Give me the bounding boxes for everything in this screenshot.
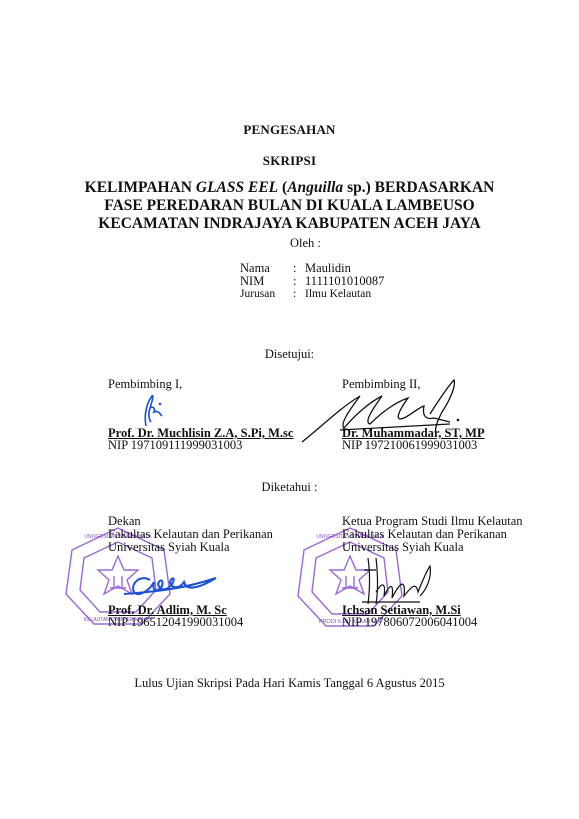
by-label: Oleh : [290,236,321,251]
official-1-nip: NIP 196512041990031004 [108,615,243,630]
supervisor-2-nip: NIP 197210061999031003 [342,438,477,453]
signature-official-2 [360,552,440,608]
author-department-row: Jurusan:Ilmu Kelautan [240,288,384,301]
author-nim-row: NIM:1111101010087 [240,275,384,288]
title-line-3: KECAMATAN INDRAJAYA KABUPATEN ACEH JAYA [0,215,579,233]
official-2-role: Ketua Program Studi Ilmu Kelautan Fakult… [342,515,523,554]
acknowledged-label: Diketahui : [0,480,579,495]
official-1-role: Dekan Fakultas Kelautan dan Perikanan Un… [108,515,273,554]
signature-official-1 [120,566,220,606]
author-info: Nama:Maulidin NIM:1111101010087 Jurusan:… [240,262,384,301]
supervisor-1-nip: NIP 197109111999031003 [108,438,242,453]
official-2-nip: NIP 197806072006041004 [342,615,477,630]
signature-supervisor-1 [138,392,168,428]
heading: PENGESAHAN [0,122,579,138]
title-line-1: KELIMPAHAN GLASS EEL (Anguilla sp.) BERD… [0,179,579,197]
supervisor-1-role: Pembimbing I, [108,377,182,392]
thesis-title: KELIMPAHAN GLASS EEL (Anguilla sp.) BERD… [0,179,579,233]
subheading: SKRIPSI [0,153,579,169]
exam-date-footer: Lulus Ujian Skripsi Pada Hari Kamis Tang… [0,676,579,691]
title-line-2: FASE PEREDARAN BULAN DI KUALA LAMBEUSO [0,197,579,215]
approved-label: Disetujui: [0,347,579,362]
